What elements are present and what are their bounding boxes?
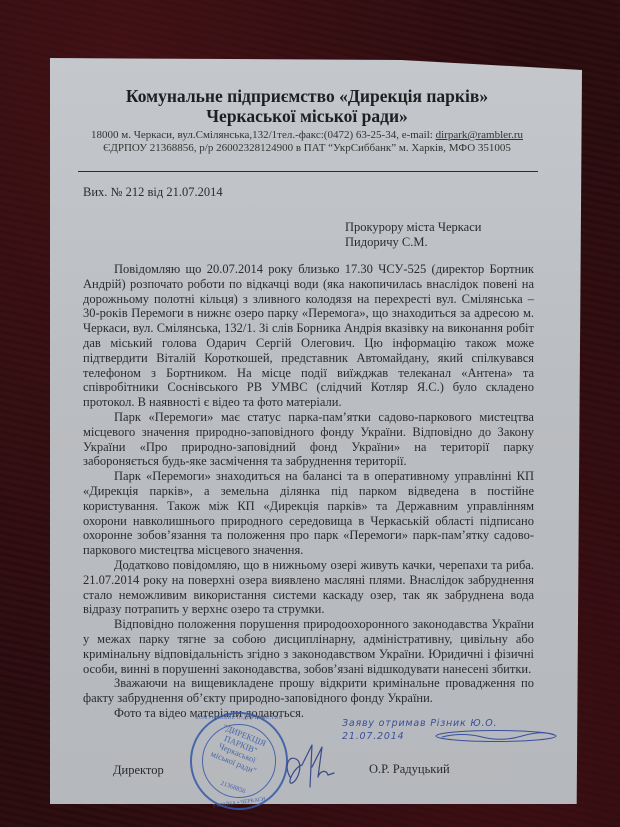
paragraph-park-management: Парк «Перемоги» знаходиться на балансі т… — [83, 469, 534, 558]
org-email-link[interactable]: dirpark@rambler.ru — [436, 129, 523, 141]
director-title: Директор — [113, 763, 164, 778]
letterhead-org-name: Комунальне підприємство «Дирекція парків… — [70, 86, 544, 126]
handwritten-signature-scribble — [432, 728, 560, 744]
director-name: О.Р. Радуцький — [369, 762, 450, 777]
letter-body: Повідомляю що 20.07.2014 року близько 17… — [83, 262, 534, 706]
letterhead-divider — [78, 171, 538, 172]
addressee-block: Прокурору міста Черкаси Пидоричу С.М. — [345, 220, 544, 250]
org-address: 18000 м. Черкаси, вул.Смілянська,132/1те… — [91, 129, 436, 141]
paragraph-liability: Відповідно положення порушення природоох… — [83, 617, 534, 676]
stamp-ring-top-text: КОМУНАЛЬНЕ ПІДПРИЄМСТВО — [192, 716, 286, 721]
director-signature-icon — [282, 737, 337, 797]
official-stamp: КОМУНАЛЬНЕ ПІДПРИЄМСТВО "ДИРЕКЦІЯ ПАРКІВ… — [190, 712, 288, 810]
addressee-line1: Прокурору міста Черкаси — [345, 220, 544, 235]
paragraph-incident: Повідомляю що 20.07.2014 року близько 17… — [83, 262, 534, 410]
org-address-line: 18000 м. Черкаси, вул.Смілянська,132/1те… — [70, 129, 544, 142]
letterhead-details: 18000 м. Черкаси, вул.Смілянська,132/1те… — [70, 129, 544, 155]
paragraph-wildlife: Додатково повідомляю, що в нижньому озер… — [83, 558, 534, 617]
paragraph-park-status: Парк «Перемоги» має статус парка-пам’ятк… — [83, 410, 534, 469]
letter-content: Комунальне підприємство «Дирекція парків… — [70, 58, 544, 721]
org-name-line1: Комунальне підприємство «Дирекція парків… — [70, 86, 544, 106]
paragraph-request: Зважаючи на вищевикладене прошу відкрити… — [83, 676, 534, 706]
outgoing-reference: Вих. № 212 від 21.07.2014 — [83, 185, 544, 200]
org-name-line2: Черкаської міської ради» — [70, 106, 544, 126]
org-bank-details: ЄДРПОУ 21368856, р/р 26002328124900 в ПА… — [70, 142, 544, 155]
addressee-line2: Пидоричу С.М. — [345, 235, 544, 250]
